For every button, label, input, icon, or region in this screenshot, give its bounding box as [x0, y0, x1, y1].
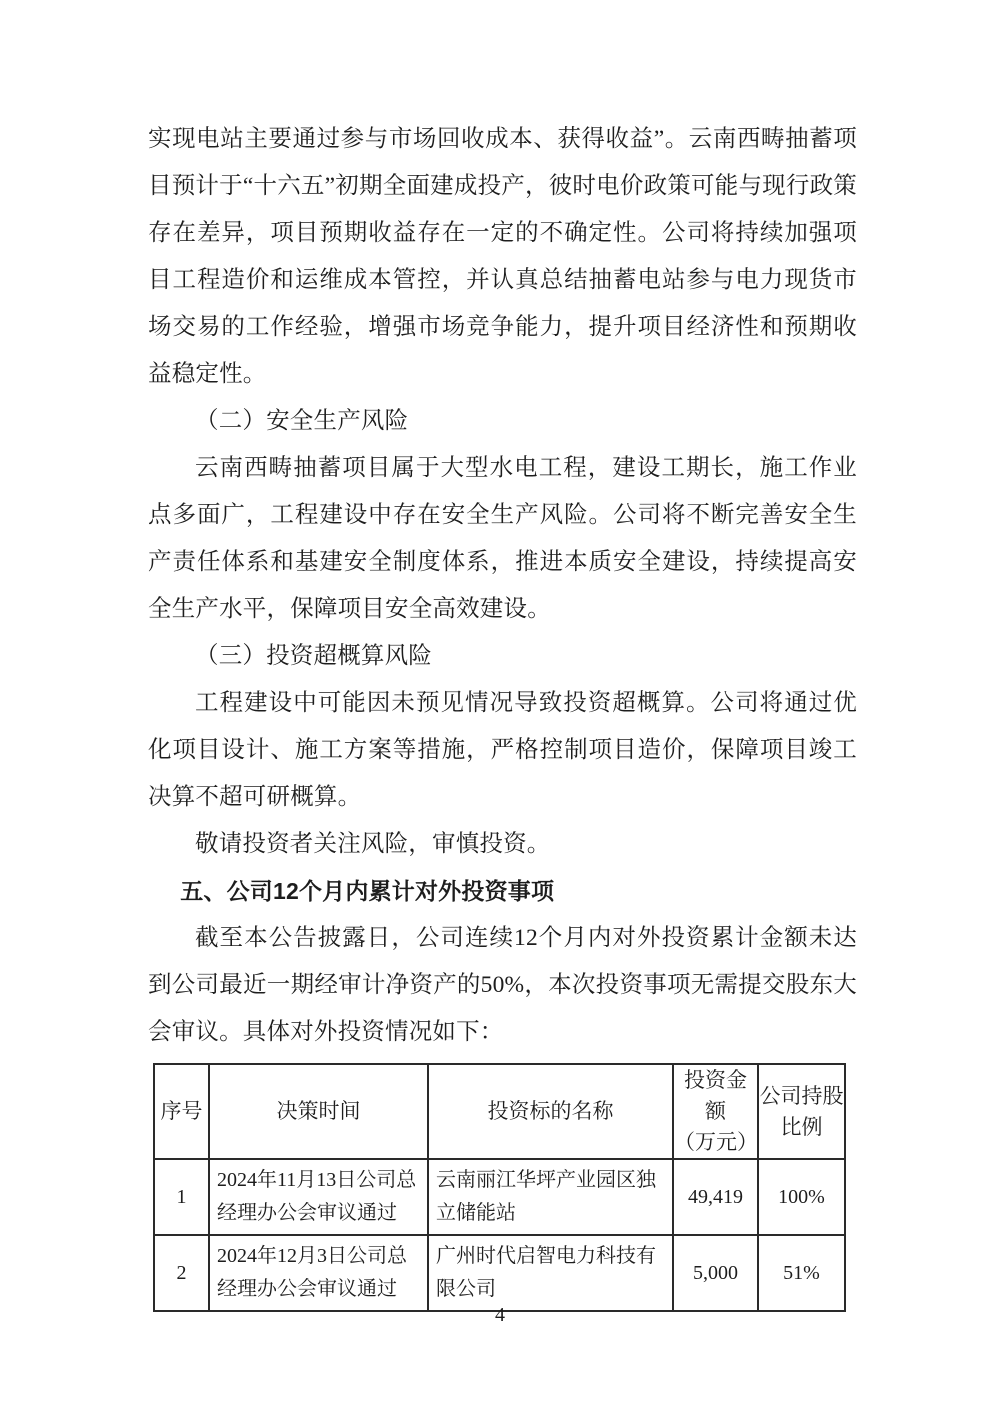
table-header-row: 序号 决策时间 投资标的名称 投资金额 （万元） 公司持股 比例	[154, 1064, 845, 1159]
investment-table-header: 序号 决策时间 投资标的名称 投资金额 （万元） 公司持股 比例	[154, 1064, 845, 1159]
heading-cumulative-investment: 五、公司12个月内累计对外投资事项	[148, 868, 857, 915]
column-header-target-name: 投资标的名称	[428, 1064, 673, 1159]
document-body: 实现电站主要通过参与市场回收成本、获得收益”。云南西畴抽蓄项目预计于“十六五”初…	[148, 116, 857, 1312]
cell-holding-ratio: 51%	[758, 1235, 845, 1311]
table-row: 1 2024年11月13日公司总经理办公会审议通过 云南丽江华坪产业园区独立储能…	[154, 1159, 845, 1235]
document-page: 实现电站主要通过参与市场回收成本、获得收益”。云南西畴抽蓄项目预计于“十六五”初…	[0, 0, 1000, 1414]
column-header-decision-time: 决策时间	[209, 1064, 428, 1159]
paragraph-overrun-risk: 工程建设中可能因未预见情况导致投资超概算。公司将通过优化项目设计、施工方案等措施…	[148, 680, 857, 821]
cell-decision-time: 2024年11月13日公司总经理办公会审议通过	[209, 1159, 428, 1235]
paragraph-price-policy-risk: 实现电站主要通过参与市场回收成本、获得收益”。云南西畴抽蓄项目预计于“十六五”初…	[148, 116, 857, 398]
page-number: 4	[0, 1304, 1000, 1327]
column-header-amount: 投资金额 （万元）	[673, 1064, 758, 1159]
table-row: 2 2024年12月3日公司总经理办公会审议通过 广州时代启智电力科技有限公司 …	[154, 1235, 845, 1311]
column-header-index: 序号	[154, 1064, 209, 1159]
cell-target-name: 云南丽江华坪产业园区独立储能站	[428, 1159, 673, 1235]
paragraph-cumulative-investment: 截至本公告披露日，公司连续12个月内对外投资累计金额未达到公司最近一期经审计净资…	[148, 915, 857, 1056]
column-header-holding-ratio: 公司持股 比例	[758, 1064, 845, 1159]
paragraph-safety-risk: 云南西畴抽蓄项目属于大型水电工程，建设工期长，施工作业点多面广，工程建设中存在安…	[148, 445, 857, 633]
cell-index: 1	[154, 1159, 209, 1235]
cell-amount: 49,419	[673, 1159, 758, 1235]
cell-index: 2	[154, 1235, 209, 1311]
cell-amount: 5,000	[673, 1235, 758, 1311]
cell-decision-time: 2024年12月3日公司总经理办公会审议通过	[209, 1235, 428, 1311]
cell-target-name: 广州时代启智电力科技有限公司	[428, 1235, 673, 1311]
paragraph-investor-notice: 敬请投资者关注风险，审慎投资。	[148, 821, 857, 868]
heading-overrun-risk: （三）投资超概算风险	[148, 633, 857, 680]
heading-safety-risk: （二）安全生产风险	[148, 398, 857, 445]
investment-table: 序号 决策时间 投资标的名称 投资金额 （万元） 公司持股 比例 1 2024年…	[153, 1063, 846, 1312]
cell-holding-ratio: 100%	[758, 1159, 845, 1235]
